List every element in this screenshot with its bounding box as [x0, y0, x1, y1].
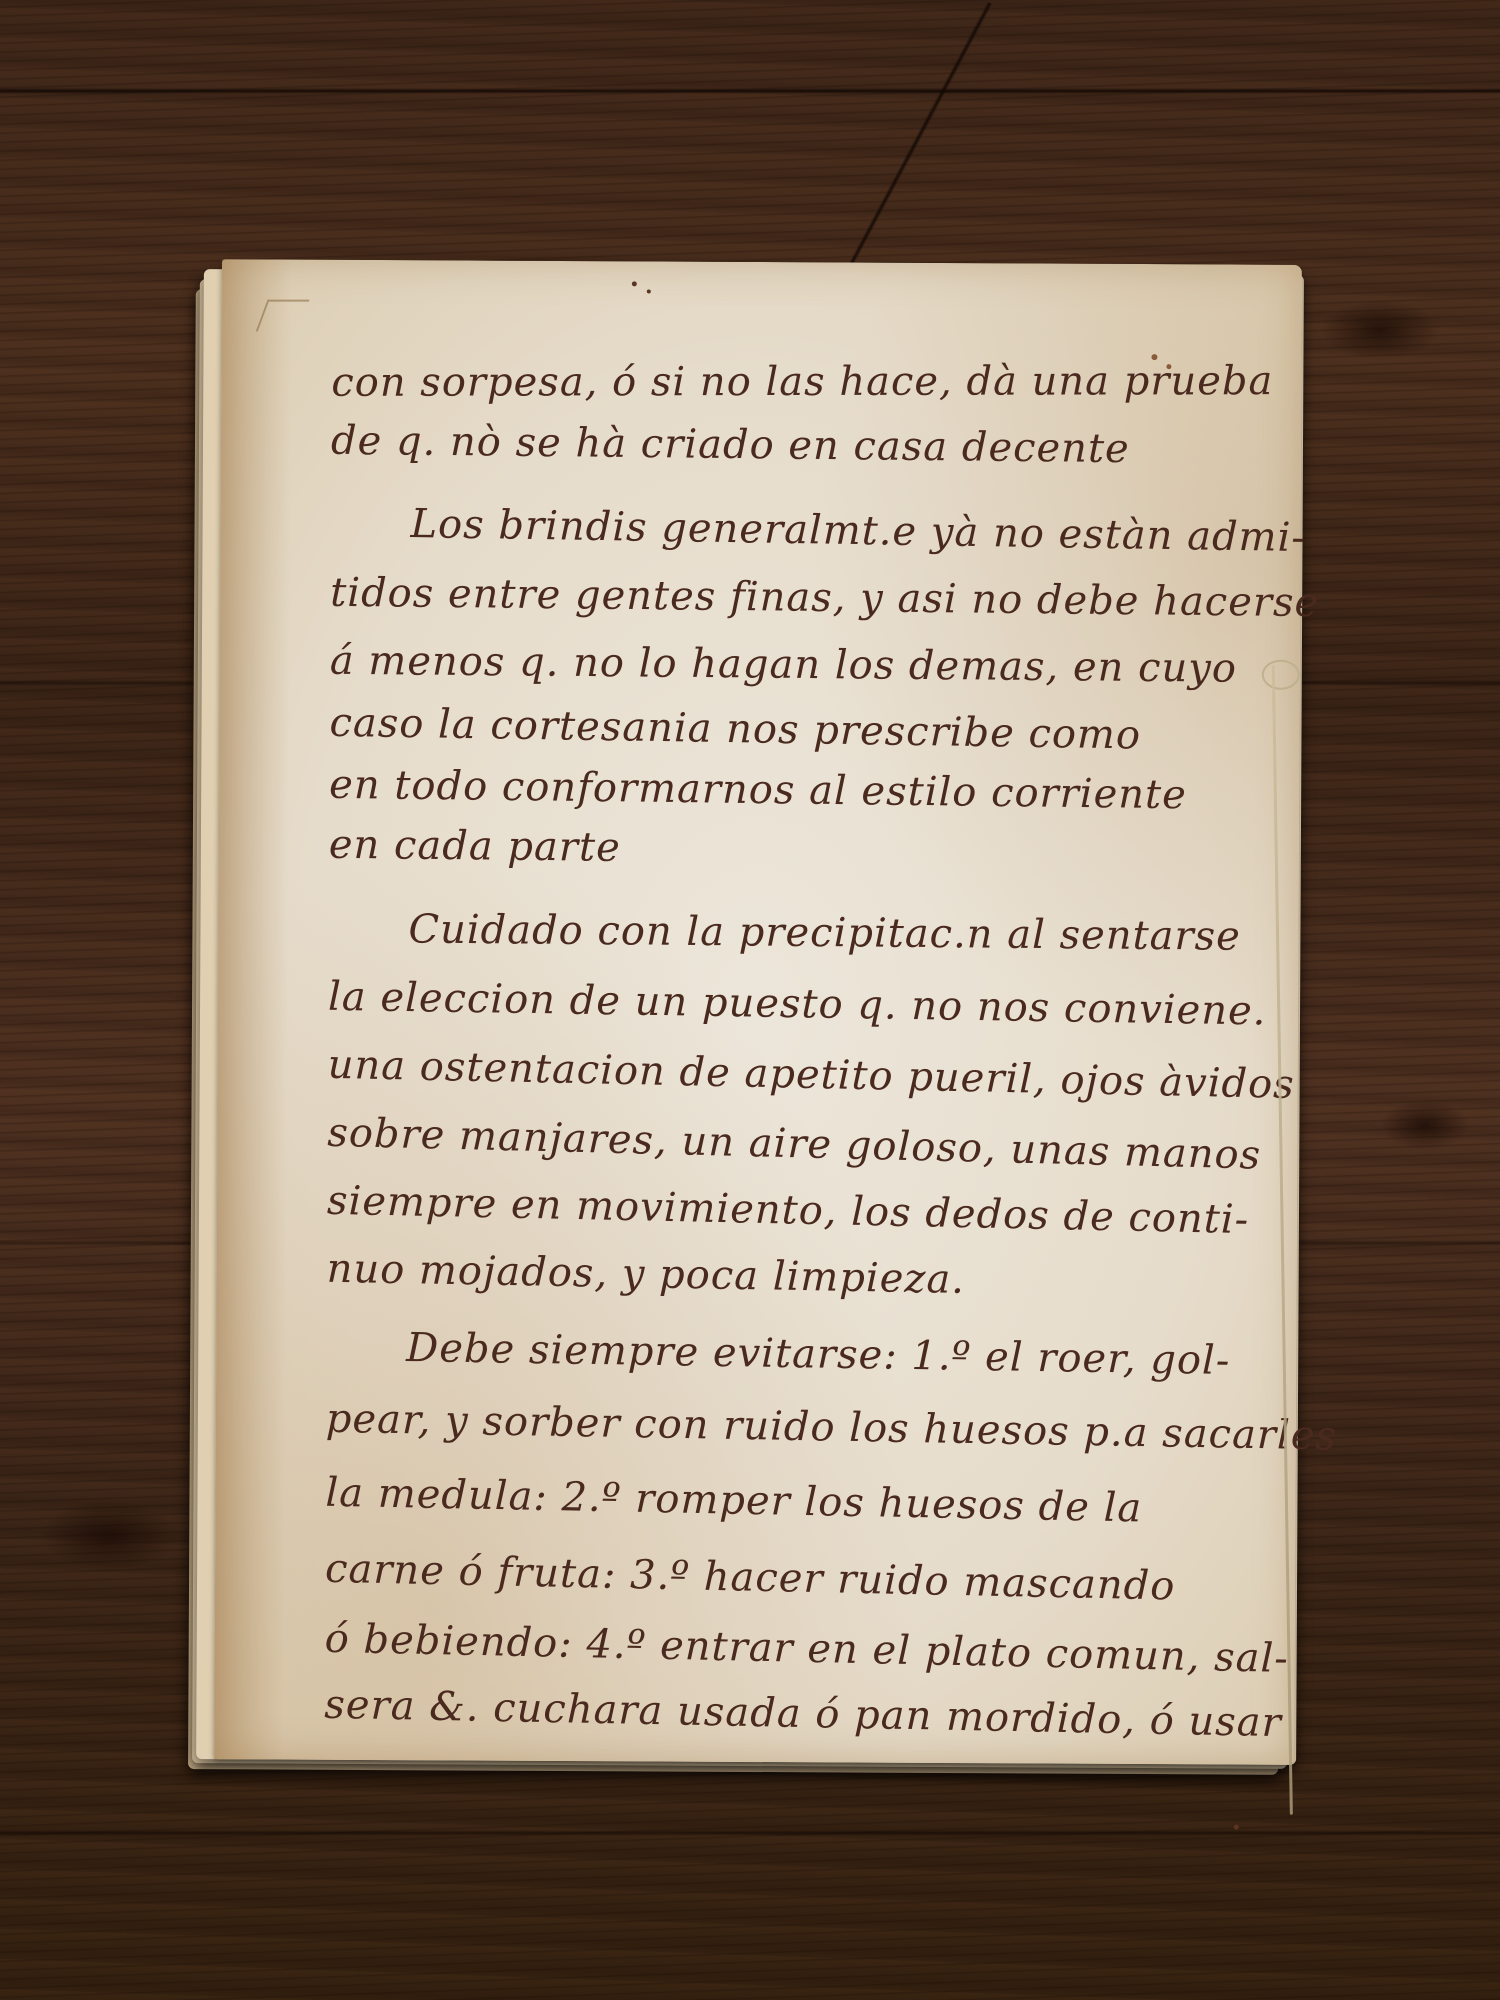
manuscript-line: pear, y sorber con ruido los huesos p.a …	[325, 1396, 1337, 1460]
manuscript-line: Cuidado con la precipitac.n al sentarse	[328, 906, 1241, 960]
manuscript-line: tidos entre gentes finas, y asi no debe …	[330, 570, 1319, 626]
manuscript-line: siempre en movimiento, los dedos de cont…	[327, 1178, 1250, 1243]
wood-plank-seam	[847, 2, 993, 270]
manuscript-line: carne ó fruta: 3.º hacer ruido mascando	[325, 1546, 1176, 1610]
wood-plank-seam	[0, 1830, 1500, 1836]
ink-spot	[647, 289, 651, 293]
manuscript-line: sobre manjares, un aire goloso, unas man…	[327, 1110, 1262, 1179]
wood-knot	[1380, 1100, 1470, 1150]
manuscript-line: ó bebiendo: 4.º entrar en el plato comun…	[324, 1616, 1289, 1682]
manuscript-line: de q. nò se hà criado en casa decente	[331, 418, 1130, 472]
ink-spot	[1234, 1825, 1239, 1830]
manuscript-line: Los brindis generalmt.e yà no estàn admi…	[330, 500, 1306, 561]
ink-spot	[632, 281, 637, 286]
manuscript-line: Debe siempre evitarse: 1.º el roer, gol-	[326, 1324, 1231, 1384]
manuscript-text: con sorpesa, ó si no las hace, dà una pr…	[331, 360, 1271, 365]
wood-knot	[40, 1500, 180, 1570]
manuscript-line: con sorpesa, ó si no las hace, dà una pr…	[331, 358, 1273, 406]
manuscript-line: la medula: 2.º romper los huesos de la	[325, 1470, 1143, 1532]
manuscript-line: nuo mojados, y poca limpieza.	[326, 1246, 965, 1303]
binding-thread-loop	[1262, 660, 1300, 690]
manuscript-line: en cada parte	[329, 822, 621, 871]
manuscript-stack: con sorpesa, ó si no las hace, dà una pr…	[196, 259, 1309, 1773]
manuscript-line: la eleccion de un puesto q. no nos convi…	[328, 974, 1267, 1035]
manuscript-line: en todo conformarnos al estilo corriente	[329, 762, 1187, 818]
wood-plank-seam	[0, 88, 1500, 94]
manuscript-line: caso la cortesania nos prescribe como	[329, 700, 1141, 759]
wood-knot	[1320, 300, 1440, 360]
page-fold-shadow	[214, 259, 292, 1759]
manuscript-page: con sorpesa, ó si no las hace, dà una pr…	[214, 259, 1302, 1765]
manuscript-line: á menos q. no lo hagan los demas, en cuy…	[330, 638, 1237, 692]
manuscript-line: sera &. cuchara usada ó pan mordido, ó u…	[324, 1682, 1282, 1746]
manuscript-line: una ostentacion de apetito pueril, ojos …	[327, 1042, 1295, 1108]
